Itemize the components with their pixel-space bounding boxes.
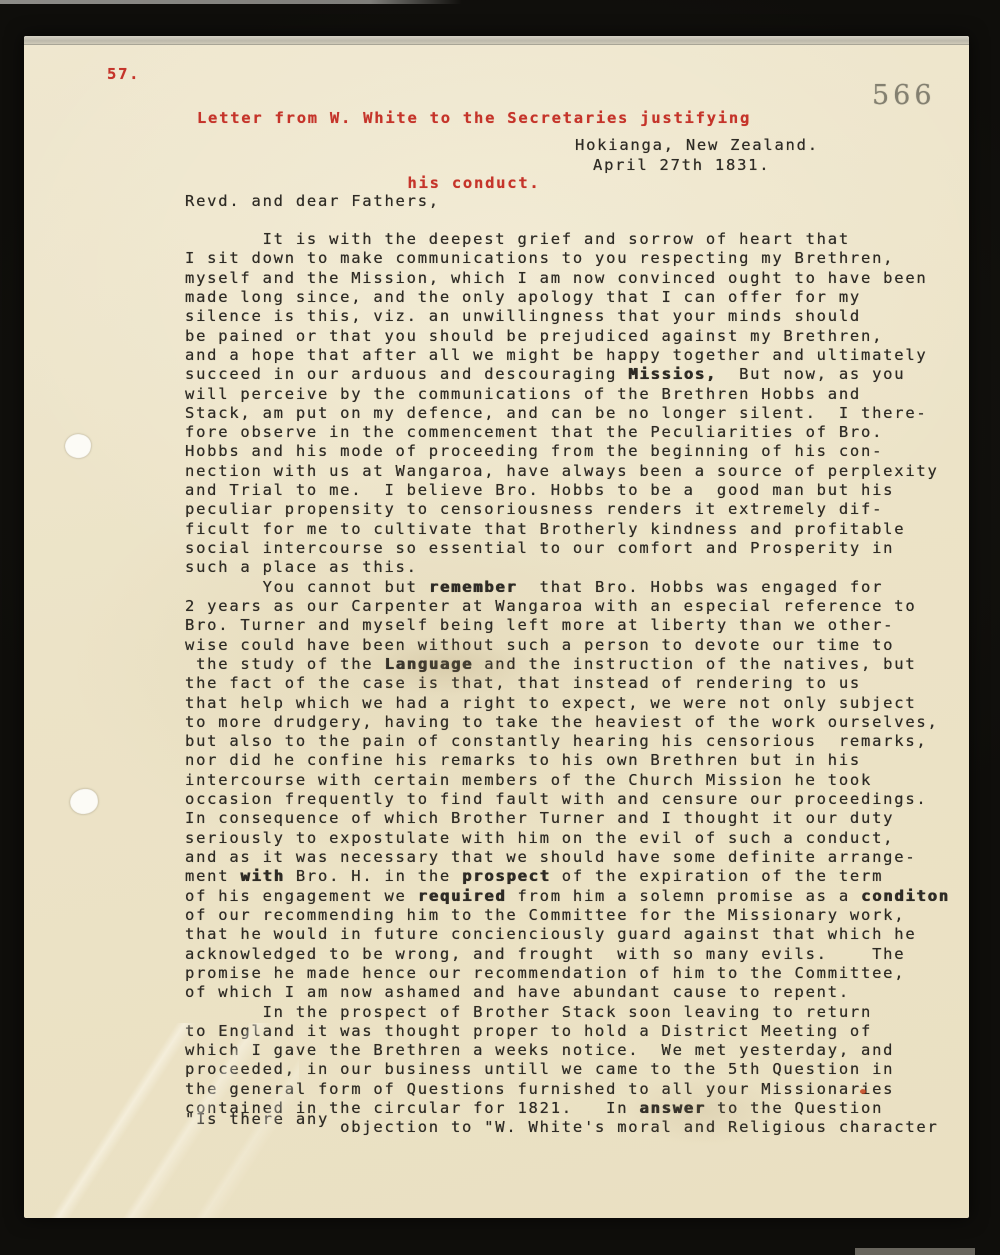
letter-text-segment: of his engagement we xyxy=(185,887,418,905)
letter-text-segment: of the expiration of the term xyxy=(551,867,883,885)
letter-line: "Is there any objection to "W. White's m… xyxy=(185,1118,950,1137)
letter-line: which I gave the Brethren a weeks notice… xyxy=(185,1041,950,1060)
letter-line: Stack, am put on my defence, and can be … xyxy=(185,404,950,423)
letter-line: It is with the deepest grief and sorrow … xyxy=(185,230,950,249)
letter-line: but also to the pain of constantly heari… xyxy=(185,732,950,751)
paper-stain xyxy=(624,1076,784,1146)
letter-line: acknowledged to be wrong, and frought wi… xyxy=(185,945,950,964)
letter-text-segment: with xyxy=(240,867,284,885)
letter-line: made long since, and the only apology th… xyxy=(185,288,950,307)
letter-line: silence is this, viz. an unwillingness t… xyxy=(185,307,950,326)
letter-line: and a hope that after all we might be ha… xyxy=(185,346,950,365)
letter-line: proceeded, in our business untill we cam… xyxy=(185,1060,950,1079)
letter-line: of his engagement we required from him a… xyxy=(185,887,950,906)
letter-text-segment: ment xyxy=(185,867,240,885)
letter-line: to more drudgery, having to take the hea… xyxy=(185,713,950,732)
letter-line: to England it was thought proper to hold… xyxy=(185,1022,950,1041)
letter-line: 2 years as our Carpenter at Wangaroa wit… xyxy=(185,597,950,616)
letter-line: of our recommending him to the Committee… xyxy=(185,906,950,925)
letter-text-segment: the study of the xyxy=(185,655,384,673)
letter-line: In consequence of which Brother Turner a… xyxy=(185,809,950,828)
letter-line: Hobbs and his mode of proceeding from th… xyxy=(185,442,950,461)
letter-line: wise could have been without such a pers… xyxy=(185,636,950,655)
letter-paper: 57. Letter from W. White to the Secretar… xyxy=(24,36,969,1218)
letter-text-segment: required xyxy=(418,887,507,905)
red-ink-speck xyxy=(860,1089,866,1094)
paper-crease xyxy=(24,1023,299,1218)
letter-text-segment: that Bro. Hobbs was engaged for xyxy=(517,578,883,596)
letter-line: social intercourse so essential to our c… xyxy=(185,539,950,558)
letter-line: occasion frequently to find fault with a… xyxy=(185,790,950,809)
letter-line: nection with us at Wangaroa, have always… xyxy=(185,462,950,481)
letter-line: seriously to expostulate with him on the… xyxy=(185,829,950,848)
archive-page-stamp: 566 xyxy=(872,80,936,111)
letter-line: that he would in future concienciously g… xyxy=(185,925,950,944)
letter-line: will perceive by the communications of t… xyxy=(185,385,950,404)
letter-line: the study of the Language and the instru… xyxy=(185,655,950,674)
letter-line: succeed in our arduous and descouraging … xyxy=(185,365,950,384)
letter-text-segment: Missios, xyxy=(628,365,717,383)
letter-line: intercourse with certain members of the … xyxy=(185,771,950,790)
letter-line: the general form of Questions furnished … xyxy=(185,1080,950,1099)
letter-line: You cannot but remember that Bro. Hobbs … xyxy=(185,578,950,597)
letter-line: and Trial to me. I believe Bro. Hobbs to… xyxy=(185,481,950,500)
catalog-number: 57. xyxy=(107,65,140,84)
hole-punch-top xyxy=(63,432,92,459)
letter-text-segment: from him a solemn promise as a xyxy=(506,887,861,905)
letter-line: ficult for me to cultivate that Brotherl… xyxy=(185,520,950,539)
letter-line: promise he made hence our recommendation… xyxy=(185,964,950,983)
scanned-letter-photo: 57. Letter from W. White to the Secretar… xyxy=(0,0,1000,1255)
letter-line: nor did he confine his remarks to his ow… xyxy=(185,751,950,770)
hole-punch-bottom xyxy=(69,788,99,816)
letter-text-segment: succeed in our arduous and descouraging xyxy=(185,365,628,383)
letter-line: such a place as this. xyxy=(185,558,950,577)
letter-body: It is with the deepest grief and sorrow … xyxy=(185,230,950,1138)
letter-line: of which I am now ashamed and have abund… xyxy=(185,983,950,1002)
paper-stain xyxy=(364,636,534,696)
letter-line: the fact of the case is that, that inste… xyxy=(185,674,950,693)
letter-line: Bro. Turner and myself being left more a… xyxy=(185,616,950,635)
letter-text-segment: You cannot but xyxy=(185,578,429,596)
letter-line: be pained or that you should be prejudic… xyxy=(185,327,950,346)
letter-text-segment: remember xyxy=(429,578,518,596)
letter-line: peculiar propensity to censoriousness re… xyxy=(185,500,950,519)
letter-line: and as it was necessary that we should h… xyxy=(185,848,950,867)
next-page-edge xyxy=(855,1248,975,1255)
dateline-date: April 27th 1831. xyxy=(593,156,770,175)
letter-line: In the prospect of Brother Stack soon le… xyxy=(185,1003,950,1022)
title-line-1: Letter from W. White to the Secretaries … xyxy=(154,108,794,130)
salutation: Revd. and dear Fathers, xyxy=(185,192,440,211)
letter-line: fore observe in the commencement that th… xyxy=(185,423,950,442)
letter-line: that help which we had a right to expect… xyxy=(185,694,950,713)
letter-text-segment: and the instruction of the natives, but xyxy=(473,655,916,673)
paper-top-edge xyxy=(24,36,969,45)
letter-text-segment: prospect xyxy=(462,867,551,885)
letter-line: myself and the Mission, which I am now c… xyxy=(185,269,950,288)
letter-text-segment: Bro. H. in the xyxy=(285,867,462,885)
letter-line: I sit down to make communications to you… xyxy=(185,249,950,268)
letter-line: ment with Bro. H. in the prospect of the… xyxy=(185,867,950,886)
letter-text-segment: conditon xyxy=(861,887,950,905)
scan-edge-strip xyxy=(0,0,462,4)
letter-text-segment: But now, as you xyxy=(717,365,905,383)
dateline-place: Hokianga, New Zealand. xyxy=(575,136,819,155)
title-line-2: his conduct. xyxy=(154,173,794,195)
